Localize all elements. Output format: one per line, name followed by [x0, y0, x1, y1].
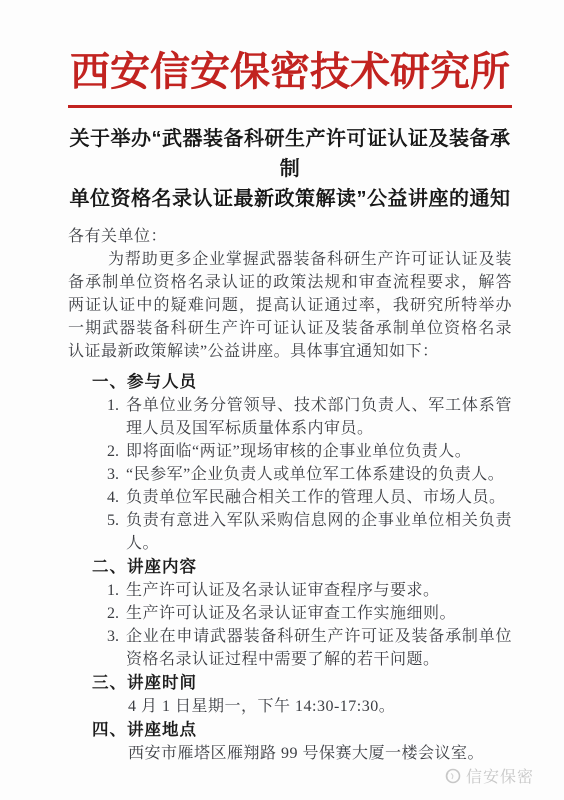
list-item-number: 3. — [107, 463, 126, 486]
list-item: 3. 企业在申请武器装备科研生产许可证及装备承制单位资格名录认证过程中需要了解的… — [107, 625, 512, 671]
list-item: 4. 负责单位军民融合相关工作的管理人员、市场人员。 — [107, 486, 512, 509]
section-lecture-time: 三、讲座时间 4 月 1 日星期一，下午 14:30-17:30。 — [68, 671, 512, 718]
salutation: 各有关单位： — [68, 225, 512, 248]
section-lecture-content: 二、讲座内容 1. 生产许可认证及名录认证审查程序与要求。 2. 生产许可认证及… — [68, 555, 512, 671]
brand-logo-icon — [445, 768, 461, 784]
lecture-time-text: 4 月 1 日星期一，下午 14:30-17:30。 — [128, 695, 512, 718]
document-content: 西安信安保密技术研究所 关于举办“武器装备科研生产许可证认证及装备承制 单位资格… — [0, 0, 564, 765]
list-item-number: 1. — [107, 579, 126, 602]
list-item: 1. 各单位业务分管领导、技术部门负责人、军工体系管理人员及国军标质量体系内审员… — [107, 394, 512, 440]
list-item-number: 2. — [107, 602, 126, 625]
letterhead: 西安信安保密技术研究所 — [68, 46, 512, 108]
list-item: 5. 负责有意进入军队采购信息网的企事业单位相关负责人。 — [107, 509, 512, 555]
list-item-text: 负责有意进入军队采购信息网的企事业单位相关负责人。 — [126, 509, 512, 555]
list-item-text: 负责单位军民融合相关工作的管理人员、市场人员。 — [126, 486, 512, 509]
list-item: 2. 即将面临“两证”现场审核的企事业单位负责人。 — [107, 440, 512, 463]
section-participants-heading: 一、参与人员 — [92, 370, 512, 394]
watermark-text: 信安保密 — [466, 764, 534, 787]
list-item: 3. “民参军”企业负责人或单位军工体系建设的负责人。 — [107, 463, 512, 486]
section-participants: 一、参与人员 1. 各单位业务分管领导、技术部门负责人、军工体系管理人员及国军标… — [68, 370, 512, 555]
list-item: 2. 生产许可认证及名录认证审查工作实施细则。 — [107, 602, 512, 625]
section-lecture-content-heading: 二、讲座内容 — [92, 555, 512, 579]
list-item-text: 各单位业务分管领导、技术部门负责人、军工体系管理人员及国军标质量体系内审员。 — [126, 394, 512, 440]
list-item-text: 企业在申请武器装备科研生产许可证及装备承制单位资格名录认证过程中需要了解的若干问… — [126, 625, 512, 671]
section-lecture-time-heading: 三、讲座时间 — [92, 671, 512, 695]
list-item: 1. 生产许可认证及名录认证审查程序与要求。 — [107, 579, 512, 602]
lecture-location-text: 西安市雁塔区雁翔路 99 号保赛大厦一楼会议室。 — [128, 742, 512, 765]
list-item-number: 3. — [107, 625, 126, 671]
list-item-number: 5. — [107, 509, 126, 555]
watermark: 信安保密 — [445, 764, 534, 787]
list-item-text: 生产许可认证及名录认证审查程序与要求。 — [126, 579, 512, 602]
list-item-text: 生产许可认证及名录认证审查工作实施细则。 — [126, 602, 512, 625]
list-item-text: “民参军”企业负责人或单位军工体系建设的负责人。 — [126, 463, 512, 486]
document-title-line-2: 单位资格名录认证最新政策解读”公益讲座的通知 — [68, 184, 512, 214]
section-lecture-location-heading: 四、讲座地点 — [92, 718, 512, 742]
document-title: 关于举办“武器装备科研生产许可证认证及装备承制 单位资格名录认证最新政策解读”公… — [68, 124, 512, 214]
document-title-line-1: 关于举办“武器装备科研生产许可证认证及装备承制 — [68, 124, 512, 184]
organization-name: 西安信安保密技术研究所 — [68, 46, 512, 108]
section-lecture-location: 四、讲座地点 西安市雁塔区雁翔路 99 号保赛大厦一楼会议室。 — [68, 718, 512, 765]
intro-paragraph: 为帮助更多企业掌握武器装备科研生产许可证认证及装备承制单位资格名录认证的政策法规… — [68, 248, 512, 363]
notice-document-page: 西安信安保密技术研究所 关于举办“武器装备科研生产许可证认证及装备承制 单位资格… — [0, 0, 564, 800]
list-item-text: 即将面临“两证”现场审核的企事业单位负责人。 — [126, 440, 512, 463]
list-item-number: 2. — [107, 440, 126, 463]
list-item-number: 1. — [107, 394, 126, 440]
list-item-number: 4. — [107, 486, 126, 509]
